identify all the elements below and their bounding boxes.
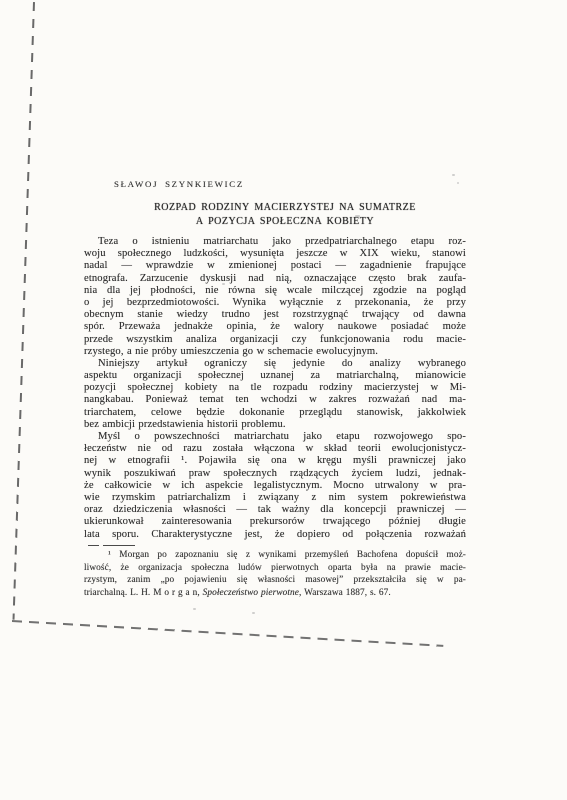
footnote-text-segment: , Warszawa 1887, s. 67. (299, 588, 391, 598)
footnote-text-segment: ¹ Morgan po zapoznaniu się z wynikami pr… (108, 550, 466, 560)
body-text-line: nadal — wprawdzie w zmienionej postaci —… (84, 260, 466, 272)
author-name: SŁAWOJ SZYNKIEWICZ (114, 179, 466, 190)
scan-speck (193, 608, 196, 610)
body-text-line: oraz dziedziczenia własności — tak ważny… (84, 504, 466, 516)
scanned-page: SŁAWOJ SZYNKIEWICZ ROZPAD RODZINY MACIER… (0, 0, 567, 800)
body-text-line: nej w etnografii ¹. Pojawiła się ona w k… (84, 455, 466, 467)
footnote-line: liwość, że organizacja społeczna ludów p… (84, 562, 466, 575)
body-text-line: etnografa. Zarzucenie dyskusji nad nią, … (84, 273, 466, 285)
body-text-line: spór. Przeważa jednakże opinia, że walor… (84, 321, 466, 333)
footnote-line: triarchalną. L. H. M o r g a n, Społecze… (84, 587, 466, 600)
footnote-book-title: Społeczeństwo pierwotne (203, 588, 299, 598)
footnote-line: rzystym, zanim „po pojawieniu się własno… (84, 574, 466, 587)
body-text-line: ukierunkował zainteresowania prekursorów… (84, 516, 466, 528)
title-line-1: ROZPAD RODZINY MACIERZYSTEJ NA SUMATRZE (104, 201, 466, 215)
body-text-line: lata sporu. Charakterystyczne jest, że d… (84, 529, 466, 541)
scan-edge-bottom-dashed-line (12, 620, 443, 647)
body-text-line: aspektu organizacji społecznej uznanej z… (84, 370, 466, 382)
title-line-2: A POZYCJA SPOŁECZNA KOBIETY (104, 215, 466, 229)
article: SŁAWOJ SZYNKIEWICZ ROZPAD RODZINY MACIER… (84, 179, 466, 599)
body-text-line: Myśl o powszechności matriarchatu jako e… (84, 431, 466, 443)
body-text-line: bez ambicji przedstawienia historii prob… (84, 419, 466, 431)
body-text-line: Niniejszy artykuł ograniczy się jedynie … (84, 358, 466, 370)
body-text-line: rzystego, a nie próby umieszczenia go w … (84, 346, 466, 358)
body-text-line: nangkabau. Ponieważ temat ten wchodzi w … (84, 394, 466, 406)
article-body: Teza o istnieniu matriarchatu jako przed… (84, 236, 466, 541)
scan-speck (252, 612, 255, 614)
body-text-line: wie rzymskim patriarchalizm i związany z… (84, 492, 466, 504)
body-text-line: łeczeństw nie od razu została włączona w… (84, 443, 466, 455)
footnote-text-segment: triarchalną. L. H. (84, 588, 153, 598)
body-text-line: woju społecznego ludzkości, wysunięta je… (84, 248, 466, 260)
scan-speck (452, 174, 455, 176)
body-text-line: Teza o istnieniu matriarchatu jako przed… (84, 236, 466, 248)
article-title: ROZPAD RODZINY MACIERZYSTEJ NA SUMATRZE … (84, 201, 466, 229)
footnote-text-segment: rzystym, zanim „po pojawieniu się własno… (84, 575, 466, 585)
body-text-line: pozycji społecznej kobiety na tle rozpad… (84, 382, 466, 394)
footnote-text-segment: liwość, że organizacja społeczna ludów p… (84, 563, 466, 573)
body-text-line: o jej bezprzedmiotowości. Wynika wyłączn… (84, 297, 466, 309)
footnote-text-segment: M o r g a n (153, 588, 197, 598)
body-text-line: nia dla jej płodności, nie równa się wca… (84, 285, 466, 297)
body-text-line: obecnym stanie wiedzy trudno jest rozstr… (84, 309, 466, 321)
body-text-line: triarchatem, celowe będzie dokonanie prz… (84, 407, 466, 419)
footnote: ¹ Morgan po zapoznaniu się z wynikami pr… (84, 549, 466, 599)
body-text-line: że całkowicie w ich aspekcie legalistycz… (84, 480, 466, 492)
body-text-line: wynik poszukiwań praw społecznych rządzą… (84, 468, 466, 480)
footnote-line: ¹ Morgan po zapoznaniu się z wynikami pr… (84, 549, 466, 562)
footnote-separator (88, 545, 135, 547)
body-text-line: przede wszystkim analiza organizacji czy… (84, 334, 466, 346)
scan-edge-left-dashed-line (13, 2, 35, 620)
